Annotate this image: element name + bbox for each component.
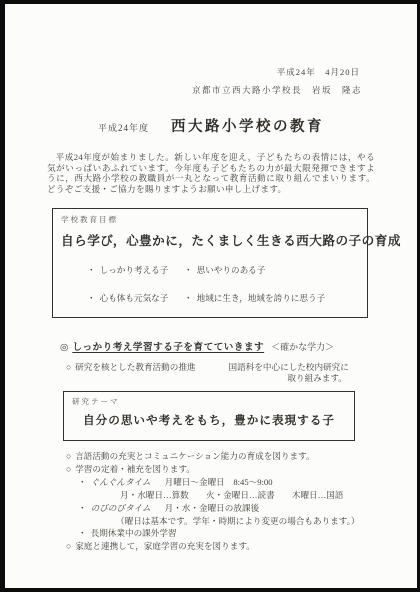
goal-bullet-1: ・しっかり考える子 [87, 264, 184, 276]
research-item-text: 研究を核とした教育活動の推進 [75, 362, 195, 372]
intro-paragraph: 平成24年度が始まりました。新しい年度を迎え，子どもたちの表情には，やる気がいっ… [47, 152, 375, 195]
goal-bullet-3: ・心も体も元気な子 [87, 292, 184, 304]
circle-marker: ○ [66, 463, 71, 476]
goal-box-label: 学校教育目標 [61, 214, 359, 225]
research-theme-box: 研究テーマ 自分の思いや考えをもち，豊かに表現する子 [63, 391, 355, 441]
program-name: のびのびタイム [91, 502, 155, 515]
goal-bullet-1-text: しっかり考える子 [100, 265, 169, 275]
list-item: ・のびのびタイム月・水・金曜日の放課後 [66, 502, 356, 515]
dot-marker: ・ [78, 502, 87, 515]
theme-headline: 自分の思いや考えをもち，豊かに表現する子 [72, 412, 346, 428]
research-row: ○研究を核とした教育活動の推進 国語科を中心にした校内研究に 取り組みます。 [66, 362, 417, 384]
list-subitem: 月・水曜日…算数 火・金曜日…読書 木曜日…国語 [66, 489, 356, 502]
dot-marker: ・ [87, 264, 96, 276]
list-item: ○家庭と連携して，家庭学習の充実を図ります。 [66, 540, 356, 553]
school-goal-box: 学校教育目標 自ら学び，心豊かに，たくましく生きる西大路の子の育成 ・しっかり考… [52, 208, 368, 318]
program-schedule: 月曜日～金曜日 8:45～9:00 [165, 477, 273, 487]
dot-marker: ・ [184, 292, 193, 304]
list-item: ・ぐんぐんタイム月曜日～金曜日 8:45～9:00 [66, 476, 356, 489]
list-item: ○学習の定着・補充を図ります。 [66, 463, 356, 476]
research-note-line1: 国語科を中心にした校内研究に [229, 362, 349, 373]
research-note-line2: 取り組みます。 [229, 373, 349, 384]
goal-bullet-2: ・思いやりのある子 [184, 264, 359, 276]
goal-bullet-3-text: 心も体も元気な子 [100, 293, 169, 303]
list-item-text: 家庭と連携して，家庭学習の充実を図ります。 [75, 541, 255, 551]
scanned-document: { "marks": { "dot": "・", "circle": "○", … [0, 0, 420, 592]
program-name: ぐんぐんタイム [91, 476, 155, 489]
dot-marker: ・ [184, 264, 193, 276]
program-schedule: 月・水・金曜日の放課後 [165, 503, 260, 513]
dot-marker: ・ [87, 292, 96, 304]
schedule-note: （曜日は基本です。学年・時期により変更の場合もあります。） [116, 516, 360, 526]
document-page: 平成24年 4月20日 京都市立西大路小学校長 岩坂 隆志 平成24年度 西大路… [5, 4, 417, 588]
goal-bullet-4: ・地域に生き，地域を誇りに思う子 [184, 292, 359, 304]
list-item: ○言語活動の充実とコミュニケーション能力の育成を図ります。 [66, 450, 356, 463]
circle-marker: ○ [66, 362, 71, 373]
dot-marker: ・ [78, 476, 87, 489]
goal-bullet-grid: ・しっかり考える子 ・思いやりのある子 ・心も体も元気な子 ・地域に生き，地域を… [87, 264, 359, 304]
list-item-text: 言語活動の充実とコミュニケーション能力の育成を図ります。 [75, 451, 314, 461]
research-item: ○研究を核とした教育活動の推進 [66, 362, 196, 384]
dot-marker: ・ [78, 527, 87, 540]
title-year-prefix: 平成24年度 [98, 121, 149, 134]
list-subitem: （曜日は基本です。学年・時期により変更の場合もあります。） [66, 515, 356, 528]
activity-list: ○言語活動の充実とコミュニケーション能力の育成を図ります。 ○学習の定着・補充を… [66, 450, 356, 553]
research-note: 国語科を中心にした校内研究に 取り組みます。 [229, 362, 349, 384]
goal-bullet-2-text: 思いやりのある子 [197, 265, 266, 275]
theme-box-label: 研究テーマ [72, 396, 346, 407]
list-item: ・長期休業中の課外学習 [66, 527, 356, 540]
list-item-text: 学習の定着・補充を図ります。 [75, 464, 195, 474]
list-item-text: 長期休業中の課外学習 [91, 528, 177, 538]
circle-marker: ○ [66, 450, 71, 463]
section-heading-suffix: ＜確かな学力＞ [271, 342, 334, 352]
document-sender: 京都市立西大路小学校長 岩坂 隆志 [5, 84, 417, 96]
section-heading: ◎しっかり考え学習する子を育てていきます＜確かな学力＞ [60, 339, 417, 353]
document-date: 平成24年 4月20日 [5, 66, 417, 78]
double-circle-marker: ◎ [60, 342, 68, 353]
goal-bullet-4-text: 地域に生き，地域を誇りに思う子 [197, 293, 326, 303]
circle-marker: ○ [66, 540, 71, 553]
subject-schedule: 月・水曜日…算数 火・金曜日…読書 木曜日…国語 [120, 490, 343, 500]
title-block: 平成24年度 西大路小学校の教育 [5, 115, 417, 136]
page-title: 西大路小学校の教育 [171, 115, 324, 136]
section-heading-text: しっかり考え学習する子を育てていきます [72, 342, 264, 353]
goal-headline: 自ら学び，心豊かに，たくましく生きる西大路の子の育成 [61, 230, 359, 249]
